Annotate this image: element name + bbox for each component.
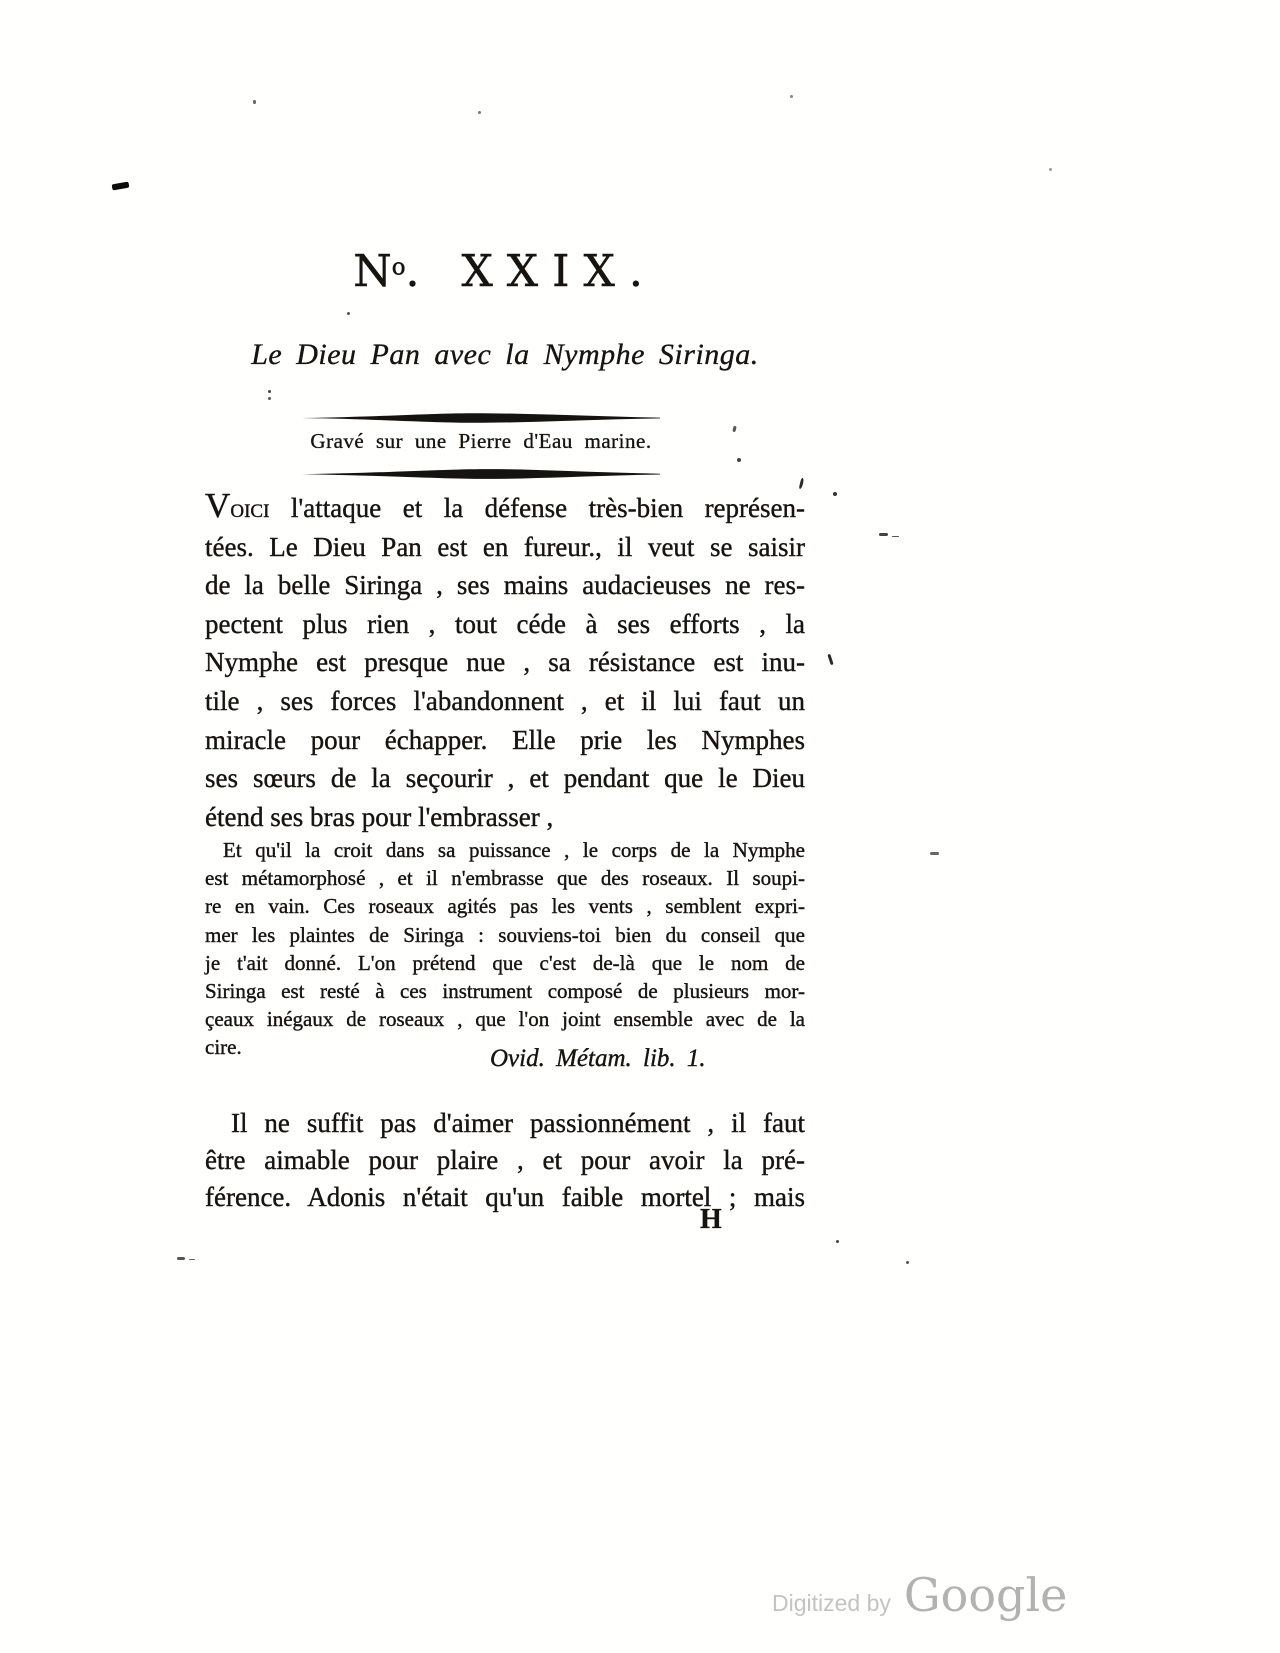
body-line: de la belle Siringa , ses mains audacieu… — [205, 566, 805, 605]
heading-roman-numeral: XXIX. — [461, 246, 656, 297]
scan-speck — [478, 111, 481, 114]
quote-line: Siringa est resté à ces instrument compo… — [205, 977, 805, 1005]
scan-speck — [833, 492, 837, 496]
quote-line: re en vain. Ces roseaux agités pas les v… — [205, 892, 805, 920]
small-caps-word: oici — [230, 493, 269, 523]
scan-speck — [836, 1240, 839, 1243]
scanned-book-page: No.XXIX. Le Dieu Pan avec la Nymphe Siri… — [0, 0, 1280, 1653]
source-citation: Ovid. Métam. lib. 1. — [490, 1045, 706, 1073]
engraving-caption: Gravé sur une Pierre d'Eau marine. — [290, 429, 672, 454]
quote-line: est métamorphosé , et il n'embrasse que … — [205, 864, 805, 892]
swelled-rule-top — [300, 412, 662, 424]
scan-speck — [827, 654, 833, 665]
body-line: être aimable pour plaire , et pour avoir… — [205, 1142, 805, 1179]
google-logo: Google — [904, 1572, 1068, 1618]
quote-line: je t'ait donné. L'on prétend que c'est d… — [205, 949, 805, 977]
body-line: étend ses bras pour l'embrasser , — [205, 798, 805, 837]
quote-line: Et qu'il la croit dans sa puissance , le… — [205, 836, 805, 864]
digitization-watermark: Digitized by Google — [772, 1572, 1067, 1618]
swelled-rule-bottom — [300, 468, 662, 480]
scan-speck — [177, 1257, 185, 1260]
body-line: miracle pour échapper. Elle prie les Nym… — [205, 721, 805, 760]
heading-superscript-o: o — [392, 255, 406, 281]
plate-number-heading: No.XXIX. — [205, 250, 805, 294]
heading-n: N — [353, 246, 392, 297]
paragraph-main-1: Voici l'attaque et la défense très-bien … — [205, 489, 805, 836]
plate-title: Le Dieu Pan avec la Nymphe Siringa. — [195, 338, 815, 372]
paragraph-main-2: Il ne suffit pas d'aimer passionnément ,… — [205, 1105, 805, 1217]
paragraph-quote: Et qu'il la croit dans sa puissance , le… — [205, 836, 805, 1062]
scan-speck — [347, 312, 350, 315]
line-text: l'attaque et la défense très-bien représ… — [291, 493, 805, 523]
heading-dot: . — [405, 246, 419, 297]
digitized-by-label: Digitized by — [772, 1590, 891, 1617]
scan-speck — [879, 533, 888, 536]
swelled-rule-shape — [300, 468, 662, 480]
swelled-rule-shape — [300, 412, 662, 424]
scan-speck — [737, 458, 741, 462]
scan-speck — [732, 426, 736, 433]
body-line: pectent plus rien , tout céde à ses effo… — [205, 605, 805, 644]
scan-speck — [1049, 168, 1052, 171]
body-line: ses sœurs de la seçourir , et pendant qu… — [205, 759, 805, 798]
body-line: tées. Le Dieu Pan est en fureur., il veu… — [205, 528, 805, 567]
drop-initial: V — [205, 486, 230, 525]
scan-speck — [930, 852, 939, 855]
quote-line: mer les plaintes de Siringa : souviens-t… — [205, 921, 805, 949]
scan-speck — [906, 1261, 909, 1264]
scan-speck — [799, 478, 805, 489]
body-line: Voici l'attaque et la défense très-bien … — [205, 489, 805, 528]
scan-speck — [268, 390, 271, 393]
scan-speck — [253, 100, 256, 104]
body-line: tile , ses forces l'abandonnent , et il … — [205, 682, 805, 721]
scan-speck — [790, 95, 793, 98]
scan-speck — [112, 182, 130, 191]
catchword: H — [700, 1204, 722, 1236]
quote-line: çeaux inégaux de roseaux , que l'on join… — [205, 1005, 805, 1033]
body-line: Nymphe est presque nue , sa résistance e… — [205, 643, 805, 682]
body-line: Il ne suffit pas d'aimer passionnément ,… — [205, 1105, 805, 1142]
